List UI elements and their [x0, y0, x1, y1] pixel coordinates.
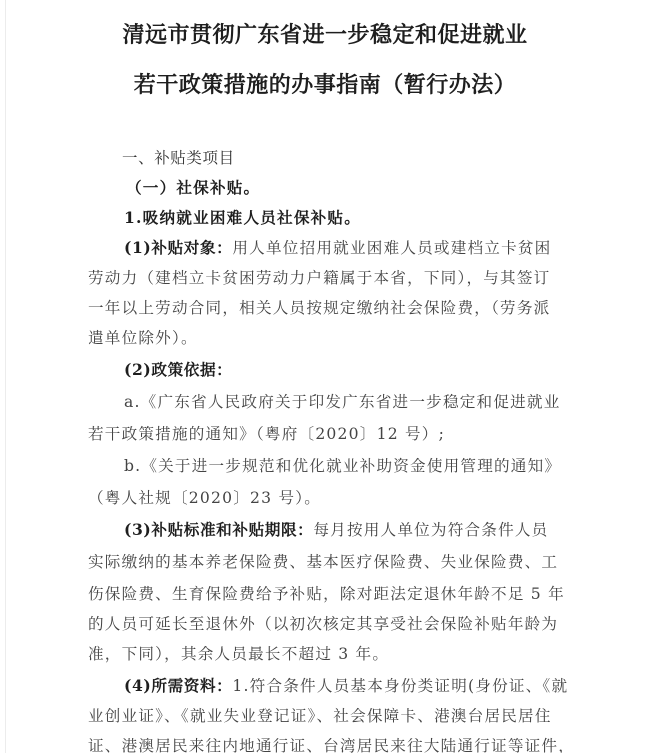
subsection-heading: （一）社保补贴。: [126, 178, 260, 198]
subsidy-target-text: 用人单位招用就业困难人员或建档立卡贫困: [232, 239, 551, 257]
subsidy-target-line-3: 一年以上劳动合同，相关人员按规定缴纳社会保险费，（劳务派: [88, 298, 550, 318]
item-heading: 1.吸纳就业困难人员社保补贴。: [124, 208, 361, 228]
required-materials-text: 1.符合条件人员基本身份类证明(身份证、《就: [232, 677, 568, 695]
section-heading: 一、补贴类项目: [122, 148, 235, 168]
subsidy-standard-line-3: 伤保险费、生育保险费给予补贴，除对距法定退休年龄不足 5 年: [88, 584, 565, 604]
subsidy-target-label: (1)补贴对象：: [124, 238, 232, 257]
subsidy-standard-line-5: 准，下同），其余人员最长不超过 3 年。: [88, 644, 389, 664]
subsidy-standard-text: 每月按用人单位为符合条件人员: [313, 521, 548, 539]
policy-basis-a-line-1: a.《广东省人民政府关于印发广东省进一步稳定和促进就业: [124, 392, 561, 412]
policy-basis-heading: (2)政策依据：: [124, 360, 232, 380]
required-materials-line-2: 业创业证》、《就业失业登记证》、社会保障卡、港澳台居民居住: [88, 706, 552, 726]
required-materials-line-3: 证、港澳居民来往内地通行证、台湾居民来往大陆通行证等证件，: [88, 736, 575, 753]
subsidy-standard-line-4: 的人员可延长至退休外（以初次核定其享受社会保险补贴年龄为: [88, 614, 558, 634]
subsidy-target-line-4: 遣单位除外）。: [88, 328, 198, 348]
policy-basis-b-line-1: b.《关于进一步规范和优化就业补助资金使用管理的通知》: [124, 456, 561, 476]
subsidy-target-line-2: 劳动力（建档立卡贫困劳动力户籍属于本省，下同），与其签订: [88, 268, 550, 288]
page-edge-rule: [5, 0, 6, 753]
policy-basis-label: (2)政策依据：: [124, 360, 232, 379]
subsidy-target-paragraph: (1)补贴对象：用人单位招用就业困难人员或建档立卡贫困: [124, 238, 551, 258]
policy-basis-b-line-2: （粤人社规〔2020〕23 号）。: [88, 488, 321, 508]
policy-basis-a-line-2: 若干政策措施的通知》（粤府〔2020〕12 号）;: [88, 424, 445, 444]
required-materials-label: (4)所需资料：: [124, 676, 232, 695]
document-title-line-2: 若干政策措施的办事指南（暂行办法）: [0, 68, 650, 99]
subsidy-standard-paragraph: (3)补贴标准和补贴期限：每月按用人单位为符合条件人员: [124, 520, 548, 540]
subsidy-standard-label: (3)补贴标准和补贴期限：: [124, 520, 313, 539]
document-title-line-1: 清远市贯彻广东省进一步稳定和促进就业: [0, 18, 650, 49]
subsidy-standard-line-2: 实际缴纳的基本养老保险费、基本医疗保险费、失业保险费、工: [88, 552, 558, 572]
required-materials-paragraph: (4)所需资料：1.符合条件人员基本身份类证明(身份证、《就: [124, 676, 568, 696]
